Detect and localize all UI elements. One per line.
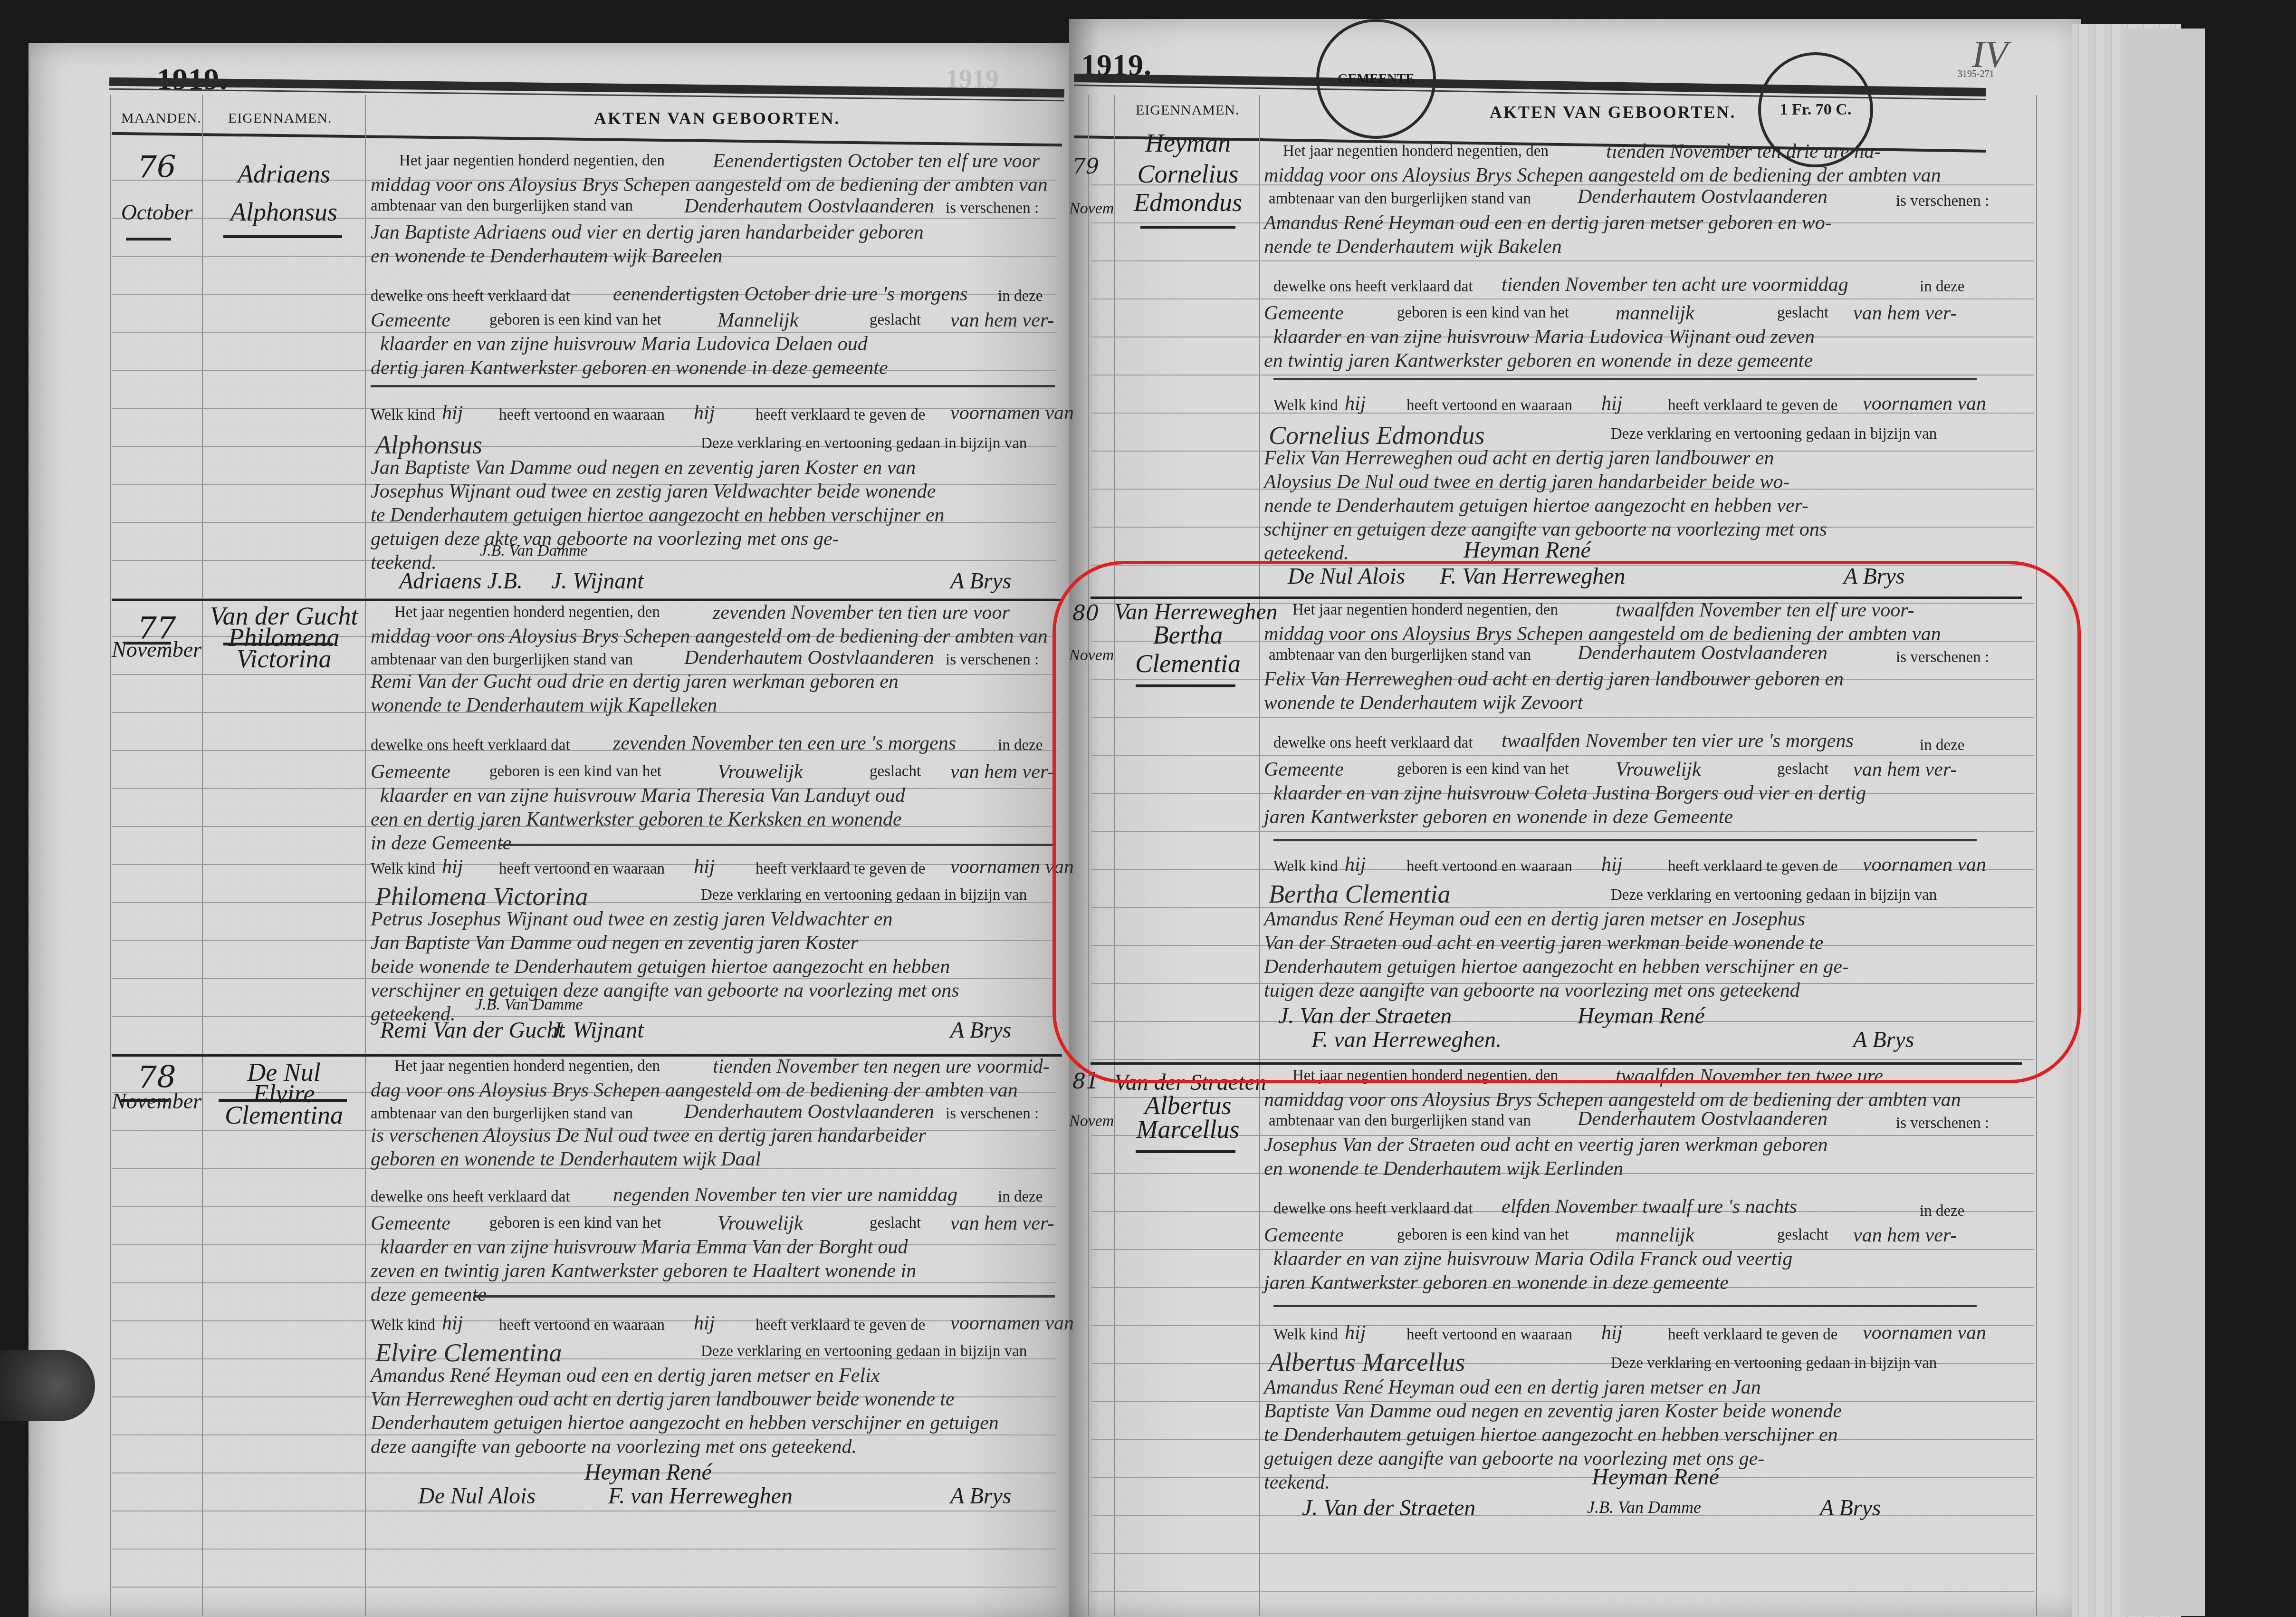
printed-text: Welk kind bbox=[371, 406, 435, 424]
printed-text: ambtenaar van den burgerlijken stand van bbox=[1269, 1112, 1531, 1130]
handwritten-text: Josephus Wijnant oud twee en zestig jare… bbox=[371, 480, 936, 503]
section-rule bbox=[1273, 1305, 1977, 1307]
entry-month: November bbox=[1069, 1112, 1114, 1130]
handwritten-text: nende te Denderhautem wijk Bakelen bbox=[1264, 235, 1562, 258]
corner-mark: IV bbox=[1972, 33, 2008, 77]
signature: J.B. Van Damme bbox=[480, 542, 588, 560]
col-title: AKTEN VAN GEBOORTEN. bbox=[594, 108, 841, 128]
handwritten-text: hij bbox=[1601, 1321, 1622, 1344]
handwritten-text: klaarder en van zijne huisvrouw Maria Od… bbox=[1273, 1248, 1792, 1270]
highlight-annotation bbox=[1052, 561, 2081, 1083]
printed-text: Welk kind bbox=[1273, 397, 1338, 414]
printed-text: is verschenen : bbox=[946, 651, 1039, 669]
handwritten-text: Denderhautem Oostvlaanderen bbox=[684, 1100, 934, 1123]
handwritten-text: getuigen deze akte van geboorte na voorl… bbox=[371, 528, 839, 550]
handwritten-text: Gemeente bbox=[1264, 302, 1344, 325]
printed-text: in deze bbox=[1920, 1203, 1964, 1220]
handwritten-text: hij bbox=[442, 856, 463, 878]
signature: Heyman René bbox=[584, 1459, 712, 1485]
handwritten-text: Denderhautem Oostvlaanderen bbox=[684, 195, 934, 218]
printed-text: dewelke ons heeft verklaard dat bbox=[1273, 1200, 1473, 1218]
section-rule bbox=[499, 844, 1055, 846]
underline bbox=[223, 643, 333, 645]
handwritten-text: is verschenen Aloysius De Nul oud twee e… bbox=[371, 1124, 926, 1147]
signature: J. Wijnant bbox=[551, 1017, 644, 1043]
underline bbox=[1140, 226, 1235, 229]
given-name: Alphonsus bbox=[204, 197, 364, 227]
signature: Adriaens J.B. bbox=[399, 568, 523, 594]
printed-text: heeft vertoond en waaraan bbox=[1406, 397, 1572, 414]
handwritten-text: hij bbox=[694, 1312, 715, 1335]
handwritten-text: Jan Baptiste Van Damme oud negen en zeve… bbox=[371, 932, 858, 954]
handwritten-text: hij bbox=[694, 856, 715, 878]
handwritten-text: van hem ver- bbox=[950, 309, 1054, 332]
printed-text: heeft vertoond en waaraan bbox=[1406, 1326, 1572, 1344]
printed-text: Welk kind bbox=[1273, 1326, 1338, 1344]
handwritten-text: middag voor ons Aloysius Brys Schepen aa… bbox=[371, 173, 1048, 196]
handwritten-text: elfden November twaalf ure 's nachts bbox=[1502, 1195, 1797, 1218]
printed-text: is verschenen : bbox=[1896, 1115, 1989, 1132]
handwritten-text: mannelijk bbox=[1616, 1224, 1694, 1247]
handwritten-text: dertig jaren Kantwerkster geboren en won… bbox=[371, 356, 888, 379]
handwritten-text: wonende te Denderhautem wijk Kapelleken bbox=[371, 694, 717, 717]
signature: Heyman René bbox=[1464, 537, 1591, 563]
handwritten-text: voornamen van bbox=[950, 1312, 1074, 1335]
handwritten-text: Denderhautem Oostvlaanderen bbox=[684, 646, 934, 669]
column-line bbox=[110, 95, 111, 1616]
underline bbox=[219, 1099, 347, 1102]
printed-text: dewelke ons heeft verklaard dat bbox=[371, 1188, 570, 1206]
handwritten-text: middag voor ons Aloysius Brys Schepen aa… bbox=[1264, 164, 1941, 187]
printed-text: heeft verklaard te geven de bbox=[756, 406, 925, 424]
handwritten-text: Jan Baptiste Van Damme oud negen en zeve… bbox=[371, 456, 916, 479]
handwritten-text: beide wonende te Denderhautem getuigen h… bbox=[371, 955, 950, 978]
printed-text: heeft verklaard te geven de bbox=[1668, 397, 1837, 414]
printed-text: Welk kind bbox=[371, 1317, 435, 1334]
printed-text: geslacht bbox=[1777, 1226, 1828, 1244]
printed-text: Deze verklaring en vertooning gedaan in … bbox=[701, 435, 1027, 452]
handwritten-text: te Denderhautem getuigen hiertoe aangezo… bbox=[371, 504, 945, 527]
signature: A Brys bbox=[1820, 1495, 1881, 1521]
handwritten-text: hij bbox=[442, 1312, 463, 1335]
printed-text: geboren is een kind van het bbox=[1397, 1226, 1569, 1244]
handwritten-text: Remi Van der Gucht oud drie en dertig ja… bbox=[371, 670, 899, 693]
signature: J.B. Van Damme bbox=[1587, 1497, 1701, 1517]
printed-text: in deze bbox=[998, 1188, 1043, 1206]
underline bbox=[126, 238, 171, 241]
underline bbox=[124, 642, 171, 645]
handwritten-text: voornamen van bbox=[1863, 1321, 1986, 1344]
handwritten-text: hij bbox=[694, 402, 715, 424]
handwritten-text: nende te Denderhautem getuigen hiertoe a… bbox=[1264, 494, 1808, 517]
signature: J.B. Van Damme bbox=[475, 996, 583, 1014]
handwritten-text: Baptiste Van Damme oud negen en zeventig… bbox=[1264, 1400, 1842, 1423]
given-name-declared: Alphonsus bbox=[375, 430, 482, 460]
printed-text: ambtenaar van den burgerlijken stand van bbox=[371, 1105, 633, 1123]
printed-text: heeft verklaard te geven de bbox=[756, 1317, 925, 1334]
stamp-value: 1 Fr. 70 C. bbox=[1780, 101, 1852, 119]
handwritten-text: teekend. bbox=[1264, 1471, 1330, 1494]
given-name-declared: Philomena Victorina bbox=[375, 882, 588, 911]
handwritten-text: Gemeente bbox=[1264, 1224, 1344, 1247]
handwritten-text: negenden November ten vier ure namiddag bbox=[613, 1184, 957, 1206]
printed-text: heeft verklaard te geven de bbox=[756, 860, 925, 878]
handwritten-text: Vrouwelijk bbox=[717, 1212, 803, 1235]
printed-text: in deze bbox=[998, 288, 1043, 305]
col-names: EIGENNAMEN. bbox=[228, 110, 332, 126]
printed-text: dewelke ons heeft verklaard dat bbox=[371, 737, 570, 754]
handwritten-text: eenendertigsten October drie ure 's morg… bbox=[613, 283, 968, 306]
printed-text: Het jaar negentien honderd negentien, de… bbox=[394, 1058, 660, 1075]
printed-text: geslacht bbox=[870, 763, 921, 780]
handwritten-text: Amandus René Heyman oud een en dertig ja… bbox=[1264, 212, 1832, 234]
printed-text: is verschenen : bbox=[946, 200, 1039, 217]
surname: Adriaens bbox=[204, 159, 364, 189]
handwritten-text: verschijner en getuigen deze aangifte va… bbox=[371, 979, 959, 1002]
signature: J. Van der Straeten bbox=[1302, 1495, 1475, 1521]
handwritten-text: te Denderhautem getuigen hiertoe aangezo… bbox=[1264, 1424, 1838, 1446]
handwritten-text: jaren Kantwerkster geboren en wonende in… bbox=[1264, 1271, 1729, 1294]
handwritten-text: klaarder en van zijne huisvrouw Maria Lu… bbox=[1273, 326, 1815, 348]
handwritten-text: van hem ver- bbox=[950, 1212, 1054, 1235]
handwritten-text: deze aangifte van geboorte na voorlezing… bbox=[371, 1435, 857, 1458]
printed-text: Deze verklaring en vertooning gedaan in … bbox=[1611, 1355, 1937, 1372]
printed-text: ambtenaar van den burgerlijken stand van bbox=[371, 197, 633, 215]
seal-text: GEMEENTE bbox=[1338, 71, 1415, 87]
printed-text: geboren is een kind van het bbox=[489, 311, 661, 329]
handwritten-text: Amandus René Heyman oud een en dertig ja… bbox=[371, 1364, 880, 1387]
underline bbox=[223, 235, 342, 238]
signature: Heyman René bbox=[1592, 1464, 1719, 1490]
handwritten-text: en wonende te Denderhautem wijk Eerlinde… bbox=[1264, 1157, 1623, 1180]
printed-text: geslacht bbox=[870, 311, 921, 329]
handwritten-text: hij bbox=[1601, 392, 1622, 415]
surname: Heyman bbox=[1117, 128, 1259, 158]
handwritten-text: Denderhautem getuigen hiertoe aangezocht… bbox=[371, 1412, 999, 1434]
entry-month: November bbox=[110, 637, 203, 662]
handwritten-text: Gemeente bbox=[371, 1212, 450, 1235]
handwritten-text: zevenden November ten tien ure voor bbox=[713, 601, 1010, 624]
handwritten-text: een en dertig jaren Kantwerkster geboren… bbox=[371, 808, 902, 831]
handwritten-text: klaarder en van zijne huisvrouw Maria Em… bbox=[380, 1236, 908, 1259]
handwritten-text: Vrouwelijk bbox=[717, 760, 803, 783]
given-name: Clementina bbox=[204, 1100, 364, 1130]
printed-text: dewelke ons heeft verklaard dat bbox=[371, 288, 570, 305]
printed-text: geboren is een kind van het bbox=[489, 1214, 661, 1232]
handwritten-text: middag voor ons Aloysius Brys Schepen aa… bbox=[371, 625, 1048, 648]
printed-text: geboren is een kind van het bbox=[489, 763, 661, 780]
handwritten-text: tienden November ten negen ure voormid- bbox=[713, 1055, 1050, 1078]
signature: J. Wijnant bbox=[551, 568, 644, 594]
printed-text: Welk kind bbox=[371, 860, 435, 878]
handwritten-text: hij bbox=[1345, 1321, 1366, 1344]
printed-text: Het jaar negentien honderd negentien, de… bbox=[394, 604, 660, 621]
entry-month: October bbox=[114, 200, 200, 225]
printed-text: Het jaar negentien honderd negentien, de… bbox=[399, 152, 665, 170]
handwritten-text: deze gemeente bbox=[371, 1283, 487, 1306]
underline bbox=[1136, 1150, 1235, 1153]
handwritten-text: Petrus Josephus Wijnant oud twee en zest… bbox=[371, 908, 892, 931]
section-rule bbox=[371, 385, 1055, 387]
printed-text: Het jaar negentien honderd negentien, de… bbox=[1283, 143, 1549, 160]
entry-number: 76 bbox=[114, 150, 200, 185]
handwritten-text: voornamen van bbox=[1863, 392, 1986, 415]
handwritten-text: Mannelijk bbox=[717, 309, 798, 332]
section-rule bbox=[475, 1295, 1055, 1298]
printed-text: heeft vertoond en waaraan bbox=[499, 1317, 665, 1334]
handwritten-text: tienden November ten acht ure voormiddag bbox=[1502, 273, 1848, 296]
printed-text: heeft vertoond en waaraan bbox=[499, 860, 665, 878]
handwritten-text: in deze Gemeente bbox=[371, 832, 511, 855]
handwritten-text: Gemeente bbox=[371, 309, 450, 332]
handwritten-text: dag voor ons Aloysius Brys Schepen aange… bbox=[371, 1079, 1018, 1102]
given-name: Cornelius bbox=[1117, 159, 1259, 189]
handwritten-text: Eenendertigsten October ten elf ure voor bbox=[713, 150, 1040, 173]
handwritten-text: geboren en wonende te Denderhautem wijk … bbox=[371, 1148, 761, 1171]
col-names: EIGENNAMEN. bbox=[1136, 102, 1239, 118]
handwritten-text: klaarder en van zijne huisvrouw Maria Lu… bbox=[380, 333, 868, 356]
printed-text: is verschenen : bbox=[1896, 192, 1989, 210]
handwritten-text: Felix Van Herreweghen oud acht en dertig… bbox=[1264, 447, 1774, 470]
printed-text: ambtenaar van den burgerlijken stand van bbox=[371, 651, 633, 669]
printed-text: geboren is een kind van het bbox=[1397, 304, 1569, 322]
book-clasp bbox=[0, 1350, 95, 1421]
handwritten-text: en wonende te Denderhautem wijk Bareelen bbox=[371, 245, 723, 268]
signature: A Brys bbox=[950, 1017, 1011, 1043]
printed-text: Deze verklaring en vertooning gedaan in … bbox=[701, 886, 1027, 904]
handwritten-text: Denderhautem Oostvlaanderen bbox=[1578, 1107, 1827, 1130]
given-name-declared: Elvire Clementina bbox=[375, 1338, 562, 1367]
given-name-declared: Cornelius Edmondus bbox=[1269, 421, 1485, 450]
given-name: Victorina bbox=[204, 644, 364, 674]
handwritten-text: klaarder en van zijne huisvrouw Maria Th… bbox=[380, 784, 905, 807]
printed-text: Deze verklaring en vertooning gedaan in … bbox=[1611, 425, 1937, 443]
given-name: Edmondus bbox=[1117, 188, 1259, 217]
handwritten-text: van hem ver- bbox=[1853, 1224, 1957, 1247]
handwritten-text: en twintig jaren Kantwerkster geboren en… bbox=[1264, 349, 1813, 372]
handwritten-text: Jan Baptiste Adriaens oud vier en dertig… bbox=[371, 221, 924, 244]
handwritten-text: Josephus Van der Straeten oud acht en ve… bbox=[1264, 1134, 1828, 1156]
printed-text: in deze bbox=[998, 737, 1043, 754]
printed-text: heeft vertoond en waaraan bbox=[499, 406, 665, 424]
signature: F. van Herreweghen bbox=[608, 1483, 793, 1509]
given-name-declared: Albertus Marcellus bbox=[1269, 1347, 1465, 1377]
handwritten-text: van hem ver- bbox=[950, 760, 1054, 783]
printed-text: geslacht bbox=[1777, 304, 1828, 322]
col-months: MAANDEN. bbox=[121, 110, 201, 126]
handwritten-text: zeven en twintig jaren Kantwerkster gebo… bbox=[371, 1260, 916, 1282]
handwritten-text: mannelijk bbox=[1616, 302, 1694, 325]
printed-text: dewelke ons heeft verklaard dat bbox=[1273, 278, 1473, 296]
signature: A Brys bbox=[950, 1483, 1011, 1509]
printed-text: is verschenen : bbox=[946, 1105, 1039, 1123]
col-title: AKTEN VAN GEBOORTEN. bbox=[1490, 102, 1736, 122]
section-rule bbox=[1273, 378, 1977, 380]
loose-sheet bbox=[2124, 29, 2205, 1616]
entry-month: November bbox=[1069, 200, 1114, 218]
given-name: Marcellus bbox=[1117, 1115, 1259, 1144]
handwritten-text: zevenden November ten een ure 's morgens bbox=[613, 732, 956, 755]
signature: De Nul Alois bbox=[418, 1483, 536, 1509]
printed-text: in deze bbox=[1920, 278, 1964, 296]
printed-text: ambtenaar van den burgerlijken stand van bbox=[1269, 190, 1531, 208]
handwritten-text: Aloysius De Nul oud twee en dertig jaren… bbox=[1264, 471, 1790, 493]
signature: A Brys bbox=[950, 568, 1011, 594]
handwritten-text: Gemeente bbox=[371, 760, 450, 783]
printed-text: geslacht bbox=[870, 1214, 921, 1232]
municipal-seal: GEMEENTE bbox=[1316, 19, 1436, 139]
printed-text: Deze verklaring en vertooning gedaan in … bbox=[701, 1343, 1027, 1360]
signature: Remi Van der Gucht bbox=[380, 1017, 564, 1043]
handwritten-text: Denderhautem Oostvlaanderen bbox=[1578, 185, 1827, 208]
handwritten-text: hij bbox=[442, 402, 463, 424]
entry-number: 79 bbox=[1071, 154, 1100, 179]
handwritten-text: hij bbox=[1345, 392, 1366, 415]
underline bbox=[121, 1099, 169, 1102]
handwritten-text: Van Herreweghen oud acht en dertig jaren… bbox=[371, 1388, 955, 1411]
handwritten-text: van hem ver- bbox=[1853, 302, 1957, 325]
printed-text: heeft verklaard te geven de bbox=[1668, 1326, 1837, 1344]
handwritten-text: Amandus René Heyman oud een en dertig ja… bbox=[1264, 1376, 1761, 1399]
handwritten-text: tienden November ten drie ure na- bbox=[1606, 140, 1881, 163]
handwritten-text: voornamen van bbox=[950, 402, 1074, 424]
